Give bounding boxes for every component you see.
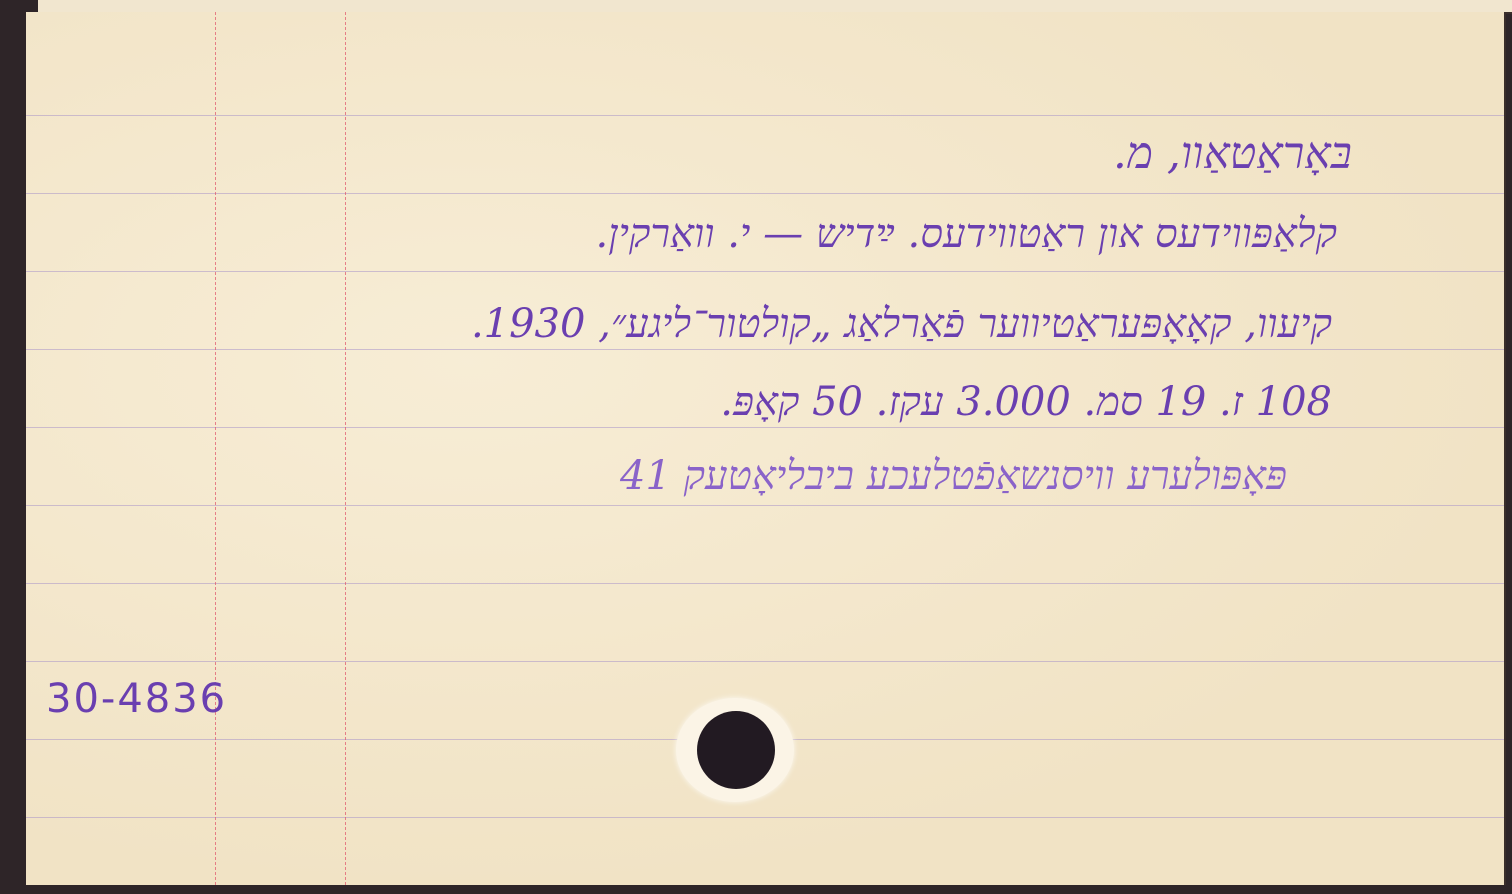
punch-hole-icon: [697, 711, 775, 789]
call-number: 30-4836: [46, 676, 227, 722]
ruled-line: [26, 583, 1504, 584]
title-statement: קלאַפּווידעס און ראַטווידעס. ײַדיש — י. …: [596, 210, 1337, 257]
margin-line-right: [345, 12, 346, 885]
author-heading: בּאָראַטאַוו, מ.: [1113, 128, 1352, 179]
ruled-line: [26, 115, 1504, 116]
series-statement: פּאָפּולערע וויסנשאַפֿטלעכע ביבליאָטעק 4…: [620, 452, 1287, 499]
ruled-line: [26, 349, 1504, 350]
imprint-statement: קיעוו, קאָאָפּעראַטיווער פֿאַרלאַג „קולט…: [471, 300, 1332, 347]
ruled-line: [26, 193, 1504, 194]
collation-statement: 108 ז. 19 סמ. 3.000 עקז. 50 קאָפּ.: [720, 378, 1332, 425]
ruled-line: [26, 427, 1504, 428]
margin-line-left: [215, 12, 216, 885]
ruled-line: [26, 271, 1504, 272]
ruled-line: [26, 817, 1504, 818]
ruled-line: [26, 505, 1504, 506]
ruled-line: [26, 661, 1504, 662]
